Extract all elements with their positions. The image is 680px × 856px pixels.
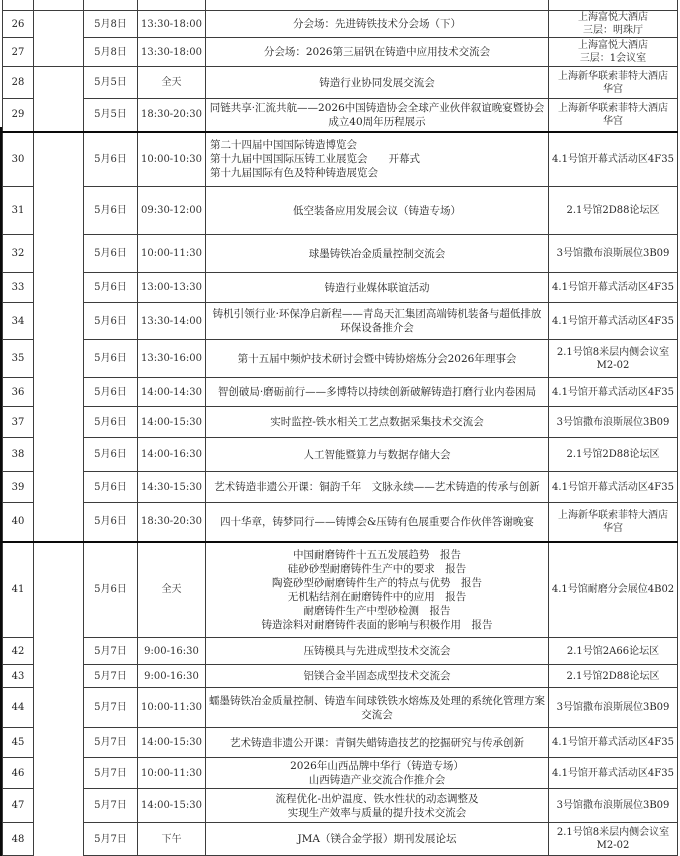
time-cell: 全天 <box>138 67 206 99</box>
scanned-schedule-page: 265月8日13:30-18:00分会场：先进铸铁技术分会场（下）上海富悦大酒店… <box>0 0 680 856</box>
venue-line: 4.1号馆开幕式活动区4F35 <box>551 315 675 328</box>
group-cell <box>34 11 84 67</box>
time-cell: 9:00-16:30 <box>138 638 206 665</box>
time-cell: 13:30-18:00 <box>138 38 206 67</box>
venue-line: 三层：1会议室 <box>551 52 675 65</box>
table-row-26: 265月8日13:30-18:00分会场：先进铸铁技术分会场（下）上海富悦大酒店… <box>3 11 678 38</box>
event-cell: 实时监控-铁水相关工艺点数据采集技术交流会 <box>206 407 549 438</box>
event-title-line: 陶瓷砂型砂耐磨铸件生产的特点与优势 报告 <box>209 576 545 590</box>
venue-line: 3号馆撒布浪斯展位3B09 <box>551 247 675 260</box>
event-cell: 分会场：先进铸铁技术分会场（下） <box>206 11 549 38</box>
event-cell: 第二十四届中国国际铸造博览会第十九届中国国际压铸工业展览会 开幕式第十九届国际有… <box>206 132 549 187</box>
event-title-line: 分会场：先进铸铁技术分会场（下） <box>209 17 545 31</box>
table-row-32: 325月6日10:00-11:30球墨铸铁冶金质量控制交流会3号馆撒布浪斯展位3… <box>3 235 678 273</box>
event-title-line: 硅砂砂型耐磨铸件生产中的要求 报告 <box>209 562 545 576</box>
table-row-43: 435月7日9:00-16:30铝镁合金半固态成型技术交流会2.1号馆2D88论… <box>3 665 678 688</box>
event-cell: 2026年山西品牌中华行（铸造专场）山西铸造产业交流合作推介会 <box>206 758 549 789</box>
venue-line: 上海新华联索菲特大酒店 <box>551 509 675 522</box>
table-row-37: 375月6日14:00-15:30实时监控-铁水相关工艺点数据采集技术交流会3号… <box>3 407 678 438</box>
event-cell: JMA（镁合金学报）期刊发展论坛 <box>206 823 549 856</box>
time-cell: 13:30-18:00 <box>138 11 206 38</box>
location-cell: 3号馆撒布浪斯展位3B09 <box>549 688 678 728</box>
venue-line: M2-02 <box>551 359 675 372</box>
event-cell: 铝镁合金半固态成型技术交流会 <box>206 665 549 688</box>
date-cell: 5月6日 <box>84 542 138 638</box>
location-cell: 4.1号馆开幕式活动区4F35 <box>549 132 678 187</box>
date-cell: 5月6日 <box>84 273 138 303</box>
date-cell: 5月8日 <box>84 11 138 38</box>
table-row-27: 275月8日13:30-18:00分会场：2026第三届钒在铸造中应用技术交流会… <box>3 38 678 67</box>
event-cell: 流程优化-出炉温度、铁水性状的动态调整及实现生产效率与质量的提升技术交流会 <box>206 789 549 823</box>
row-number-cell: 42 <box>3 638 34 665</box>
venue-line: 2.1号馆8米层内侧会议室 <box>551 346 675 359</box>
row-number-cell: 36 <box>3 378 34 407</box>
location-cell: 2.1号馆8米层内侧会议室M2-02 <box>549 823 678 856</box>
time-cell: 10:00-11:30 <box>138 235 206 273</box>
location-cell: 4.1号馆开幕式活动区4F35 <box>549 273 678 303</box>
row-number-cell: 44 <box>3 688 34 728</box>
section-left-border <box>0 127 2 856</box>
row-number-cell: 39 <box>3 472 34 503</box>
venue-line: 2.1号馆2D88论坛区 <box>551 448 675 461</box>
group-cell <box>34 67 84 132</box>
time-cell: 10:00-11:30 <box>138 758 206 789</box>
event-cell: 第十五届中频炉技术研讨会暨中铸协熔炼分会2026年理事会 <box>206 340 549 378</box>
event-title-line: 同链共享·汇流共航——2026中国铸造协会全球产业伙伴叙谊晚宴暨协会成立40周年… <box>209 101 545 129</box>
group-cell <box>34 0 84 11</box>
venue-line: 4.1号馆开幕式活动区4F35 <box>551 386 675 399</box>
event-title-line: 智创破局·磨砺前行——多博特以持续创新破解铸造打磨行业内卷困局 <box>209 385 545 399</box>
venue-line: 3号馆撒布浪斯展位3B09 <box>551 416 675 429</box>
event-cell: 中国耐磨铸件十五五发展趋势 报告硅砂砂型耐磨铸件生产中的要求 报告陶瓷砂型砂耐磨… <box>206 542 549 638</box>
time-cell: 14:00-15:30 <box>138 789 206 823</box>
time-cell: 全天 <box>138 542 206 638</box>
event-cell: 铸造行业媒体联谊活动 <box>206 273 549 303</box>
venue-line: 2.1号馆2A66论坛区 <box>551 645 675 658</box>
time-cell: 10:00-11:30 <box>138 688 206 728</box>
event-title-line: 低空装备应用发展会议（铸造专场） <box>209 204 545 218</box>
event-title-line: 第十九届中国国际压铸工业展览会 开幕式 <box>210 152 545 166</box>
schedule-table: 265月8日13:30-18:00分会场：先进铸铁技术分会场（下）上海富悦大酒店… <box>2 0 678 856</box>
event-title-line: 四十华章，铸梦同行——铸博会&压铸有色展重要合作伙伴答谢晚宴 <box>209 515 545 529</box>
location-cell: 4.1号馆开幕式活动区4F35 <box>549 472 678 503</box>
date-cell: 5月5日 <box>84 67 138 99</box>
event-title-line: 铸机引领行业·环保净启新程——青岛天汇集团高端铸机装备与超低排放环保设备推介会 <box>209 307 545 335</box>
event-title-line: 实时监控-铁水相关工艺点数据采集技术交流会 <box>209 415 545 429</box>
venue-line: 上海新华联索菲特大酒店 <box>551 102 675 115</box>
time-cell <box>138 0 206 11</box>
location-cell: 2.1号馆2D88论坛区 <box>549 187 678 235</box>
location-cell <box>549 0 678 11</box>
row-number-cell: 32 <box>3 235 34 273</box>
venue-line: 上海富悦大酒店 <box>551 39 675 52</box>
venue-line: M2-02 <box>551 839 675 852</box>
event-title-line: 第二十四届中国国际铸造博览会 <box>210 138 545 152</box>
table-row-30: 305月6日10:00-10:30第二十四届中国国际铸造博览会第十九届中国国际压… <box>3 132 678 187</box>
location-cell: 上海富悦大酒店三层：明珠厅 <box>549 11 678 38</box>
event-title-line: 人工智能暨算力与数据存储大会 <box>209 448 545 462</box>
row-number-cell: 28 <box>3 67 34 99</box>
venue-line: 2.1号馆2D88论坛区 <box>551 670 675 683</box>
event-title-line: 实现生产效率与质量的提升技术交流会 <box>209 806 545 820</box>
time-cell: 14:00-14:30 <box>138 378 206 407</box>
row-number-cell: 26 <box>3 11 34 38</box>
venue-line: 4.1号馆开幕式活动区4F35 <box>551 481 675 494</box>
table-row-partial-top <box>3 0 678 11</box>
time-cell: 18:30-20:30 <box>138 503 206 542</box>
venue-line: 三层：明珠厅 <box>551 24 675 37</box>
event-cell: 铸机引领行业·环保净启新程——青岛天汇集团高端铸机装备与超低排放环保设备推介会 <box>206 303 549 340</box>
table-row-39: 395月6日14:30-15:30艺术铸造非遗公开课：铜韵千年 文脉永续——艺术… <box>3 472 678 503</box>
event-cell: 人工智能暨算力与数据存储大会 <box>206 438 549 472</box>
time-cell: 13:00-13:30 <box>138 273 206 303</box>
date-cell: 5月7日 <box>84 688 138 728</box>
event-title-line: 流程优化-出炉温度、铁水性状的动态调整及 <box>209 792 545 806</box>
row-number-cell: 27 <box>3 38 34 67</box>
event-cell: 智创破局·磨砺前行——多博特以持续创新破解铸造打磨行业内卷困局 <box>206 378 549 407</box>
date-cell: 5月6日 <box>84 340 138 378</box>
event-title-line: 无机粘结剂在耐磨铸件中的应用 报告 <box>209 590 545 604</box>
venue-line: 华宫 <box>551 83 675 96</box>
group-cell <box>34 132 84 542</box>
row-number-cell: 31 <box>3 187 34 235</box>
row-number-cell: 41 <box>3 542 34 638</box>
date-cell: 5月7日 <box>84 823 138 856</box>
time-cell: 13:30-16:00 <box>138 340 206 378</box>
event-cell: 四十华章，铸梦同行——铸博会&压铸有色展重要合作伙伴答谢晚宴 <box>206 503 549 542</box>
date-cell: 5月6日 <box>84 132 138 187</box>
event-title-line: 铸造涂料对耐磨铸件表面的影响与积极作用 报告 <box>209 618 545 632</box>
date-cell: 5月7日 <box>84 638 138 665</box>
table-row-40: 405月6日18:30-20:30四十华章，铸梦同行——铸博会&压铸有色展重要合… <box>3 503 678 542</box>
event-cell <box>206 0 549 11</box>
event-title-line: 艺术铸造非遗公开课：铜韵千年 文脉永续——艺术铸造的传承与创新 <box>209 480 545 494</box>
event-title-line: 山西铸造产业交流合作推介会 <box>209 773 545 787</box>
venue-line: 上海富悦大酒店 <box>551 11 675 24</box>
table-row-31: 315月6日09:30-12:00低空装备应用发展会议（铸造专场）2.1号馆2D… <box>3 187 678 235</box>
event-cell: 低空装备应用发展会议（铸造专场） <box>206 187 549 235</box>
venue-line: 4.1号馆开幕式活动区4F35 <box>551 736 675 749</box>
table-row-44: 445月7日10:00-11:30蠕墨铸铁冶金质量控制、铸造车间球铁铁水熔炼及处… <box>3 688 678 728</box>
date-cell: 5月6日 <box>84 378 138 407</box>
table-row-36: 365月6日14:00-14:30智创破局·磨砺前行——多博特以持续创新破解铸造… <box>3 378 678 407</box>
date-cell: 5月5日 <box>84 99 138 132</box>
venue-line: 4.1号馆开幕式活动区4F35 <box>551 767 675 780</box>
event-cell: 球墨铸铁冶金质量控制交流会 <box>206 235 549 273</box>
time-cell: 09:30-12:00 <box>138 187 206 235</box>
venue-line: 4.1号馆开幕式活动区4F35 <box>551 281 675 294</box>
date-cell: 5月6日 <box>84 503 138 542</box>
event-title-line: 第十五届中频炉技术研讨会暨中铸协熔炼分会2026年理事会 <box>209 352 545 366</box>
table-row-34: 345月6日13:30-14:00铸机引领行业·环保净启新程——青岛天汇集团高端… <box>3 303 678 340</box>
table-row-29: 295月5日18:30-20:30同链共享·汇流共航——2026中国铸造协会全球… <box>3 99 678 132</box>
location-cell: 4.1号馆开幕式活动区4F35 <box>549 378 678 407</box>
table-row-47: 475月7日14:00-15:30流程优化-出炉温度、铁水性状的动态调整及实现生… <box>3 789 678 823</box>
location-cell: 3号馆撒布浪斯展位3B09 <box>549 789 678 823</box>
date-cell: 5月7日 <box>84 758 138 789</box>
row-number-cell: 38 <box>3 438 34 472</box>
row-number-cell: 46 <box>3 758 34 789</box>
event-title-line: 铝镁合金半固态成型技术交流会 <box>209 669 545 683</box>
venue-line: 上海新华联索菲特大酒店 <box>551 70 675 83</box>
location-cell: 3号馆撒布浪斯展位3B09 <box>549 407 678 438</box>
location-cell: 2.1号馆2A66论坛区 <box>549 638 678 665</box>
time-cell: 下午 <box>138 823 206 856</box>
date-cell: 5月6日 <box>84 235 138 273</box>
event-title-line: 分会场：2026第三届钒在铸造中应用技术交流会 <box>209 45 545 59</box>
location-cell: 2.1号馆8米层内侧会议室M2-02 <box>549 340 678 378</box>
date-cell: 5月8日 <box>84 38 138 67</box>
time-cell: 18:30-20:30 <box>138 99 206 132</box>
row-number-cell: 35 <box>3 340 34 378</box>
event-cell: 同链共享·汇流共航——2026中国铸造协会全球产业伙伴叙谊晚宴暨协会成立40周年… <box>206 99 549 132</box>
event-cell: 蠕墨铸铁冶金质量控制、铸造车间球铁铁水熔炼及处理的系统化管理方案交流会 <box>206 688 549 728</box>
venue-line: 2.1号馆2D88论坛区 <box>551 204 675 217</box>
schedule-table-body: 265月8日13:30-18:00分会场：先进铸铁技术分会场（下）上海富悦大酒店… <box>3 0 678 856</box>
table-row-46: 465月7日10:00-11:302026年山西品牌中华行（铸造专场）山西铸造产… <box>3 758 678 789</box>
venue-line: 3号馆撒布浪斯展位3B09 <box>551 799 675 812</box>
table-row-28: 285月5日全天铸造行业协同发展交流会上海新华联索菲特大酒店华宫 <box>3 67 678 99</box>
event-title-line: 耐磨铸件生产中型砂检测 报告 <box>209 604 545 618</box>
event-title-line: 2026年山西品牌中华行（铸造专场） <box>209 759 545 773</box>
row-number-cell: 34 <box>3 303 34 340</box>
venue-line: 2.1号馆8米层内侧会议室 <box>551 826 675 839</box>
row-number-cell: 40 <box>3 503 34 542</box>
event-title-line: 艺术铸造非遗公开课：青铜失蜡铸造技艺的挖掘研究与传承创新 <box>209 736 545 750</box>
location-cell: 上海新华联索菲特大酒店华宫 <box>549 99 678 132</box>
row-number-cell: 43 <box>3 665 34 688</box>
event-title-line: 铸造行业协同发展交流会 <box>209 76 545 90</box>
time-cell: 10:00-10:30 <box>138 132 206 187</box>
location-cell: 上海富悦大酒店三层：1会议室 <box>549 38 678 67</box>
location-cell: 2.1号馆2D88论坛区 <box>549 438 678 472</box>
table-row-48: 485月7日下午JMA（镁合金学报）期刊发展论坛2.1号馆8米层内侧会议室M2-… <box>3 823 678 856</box>
location-cell: 4.1号馆开幕式活动区4F35 <box>549 758 678 789</box>
group-cell <box>34 542 84 856</box>
event-title-line: 第十九届国际有色及特种铸造展览会 <box>210 166 545 180</box>
table-row-42: 425月7日9:00-16:30压铸模具与先进成型技术交流会2.1号馆2A66论… <box>3 638 678 665</box>
table-row-41: 415月6日全天中国耐磨铸件十五五发展趋势 报告硅砂砂型耐磨铸件生产中的要求 报… <box>3 542 678 638</box>
event-title-line: 中国耐磨铸件十五五发展趋势 报告 <box>209 548 545 562</box>
row-number-cell: 45 <box>3 728 34 758</box>
location-cell: 4.1号馆耐磨分会展位4B02 <box>549 542 678 638</box>
table-row-45: 455月7日14:00-15:30艺术铸造非遗公开课：青铜失蜡铸造技艺的挖掘研究… <box>3 728 678 758</box>
venue-line: 3号馆撒布浪斯展位3B09 <box>551 701 675 714</box>
time-cell: 14:00-16:30 <box>138 438 206 472</box>
date-cell: 5月6日 <box>84 303 138 340</box>
time-cell: 14:00-15:30 <box>138 407 206 438</box>
location-cell: 3号馆撒布浪斯展位3B09 <box>549 235 678 273</box>
event-title-line: 压铸模具与先进成型技术交流会 <box>209 644 545 658</box>
venue-line: 华宫 <box>551 522 675 535</box>
row-number-cell: 30 <box>3 132 34 187</box>
date-cell: 5月6日 <box>84 187 138 235</box>
table-row-35: 355月6日13:30-16:00第十五届中频炉技术研讨会暨中铸协熔炼分会202… <box>3 340 678 378</box>
row-number-cell: 29 <box>3 99 34 132</box>
date-cell: 5月6日 <box>84 438 138 472</box>
date-cell: 5月7日 <box>84 789 138 823</box>
date-cell: 5月6日 <box>84 407 138 438</box>
event-cell: 艺术铸造非遗公开课：青铜失蜡铸造技艺的挖掘研究与传承创新 <box>206 728 549 758</box>
table-row-38: 385月6日14:00-16:30人工智能暨算力与数据存储大会2.1号馆2D88… <box>3 438 678 472</box>
venue-line: 华宫 <box>551 115 675 128</box>
location-cell: 4.1号馆开幕式活动区4F35 <box>549 303 678 340</box>
location-cell: 上海新华联索菲特大酒店华宫 <box>549 67 678 99</box>
time-cell: 14:00-15:30 <box>138 728 206 758</box>
event-title-line: 球墨铸铁冶金质量控制交流会 <box>209 247 545 261</box>
event-cell: 分会场：2026第三届钒在铸造中应用技术交流会 <box>206 38 549 67</box>
venue-line: 4.1号馆开幕式活动区4F35 <box>551 153 675 166</box>
location-cell: 上海新华联索菲特大酒店华宫 <box>549 503 678 542</box>
event-cell: 艺术铸造非遗公开课：铜韵千年 文脉永续——艺术铸造的传承与创新 <box>206 472 549 503</box>
row-number-cell: 47 <box>3 789 34 823</box>
event-title-line: 蠕墨铸铁冶金质量控制、铸造车间球铁铁水熔炼及处理的系统化管理方案交流会 <box>209 694 545 722</box>
event-title-line: JMA（镁合金学报）期刊发展论坛 <box>209 832 545 846</box>
row-number-cell <box>3 0 34 11</box>
event-cell: 铸造行业协同发展交流会 <box>206 67 549 99</box>
event-cell: 压铸模具与先进成型技术交流会 <box>206 638 549 665</box>
row-number-cell: 37 <box>3 407 34 438</box>
date-cell: 5月7日 <box>84 665 138 688</box>
row-number-cell: 33 <box>3 273 34 303</box>
venue-line: 4.1号馆耐磨分会展位4B02 <box>551 583 675 596</box>
location-cell: 4.1号馆开幕式活动区4F35 <box>549 728 678 758</box>
event-title-line: 铸造行业媒体联谊活动 <box>209 281 545 295</box>
table-row-33: 335月6日13:00-13:30铸造行业媒体联谊活动4.1号馆开幕式活动区4F… <box>3 273 678 303</box>
location-cell: 2.1号馆2D88论坛区 <box>549 665 678 688</box>
date-cell <box>84 0 138 11</box>
date-cell: 5月7日 <box>84 728 138 758</box>
time-cell: 14:30-15:30 <box>138 472 206 503</box>
time-cell: 13:30-14:00 <box>138 303 206 340</box>
date-cell: 5月6日 <box>84 472 138 503</box>
time-cell: 9:00-16:30 <box>138 665 206 688</box>
row-number-cell: 48 <box>3 823 34 856</box>
